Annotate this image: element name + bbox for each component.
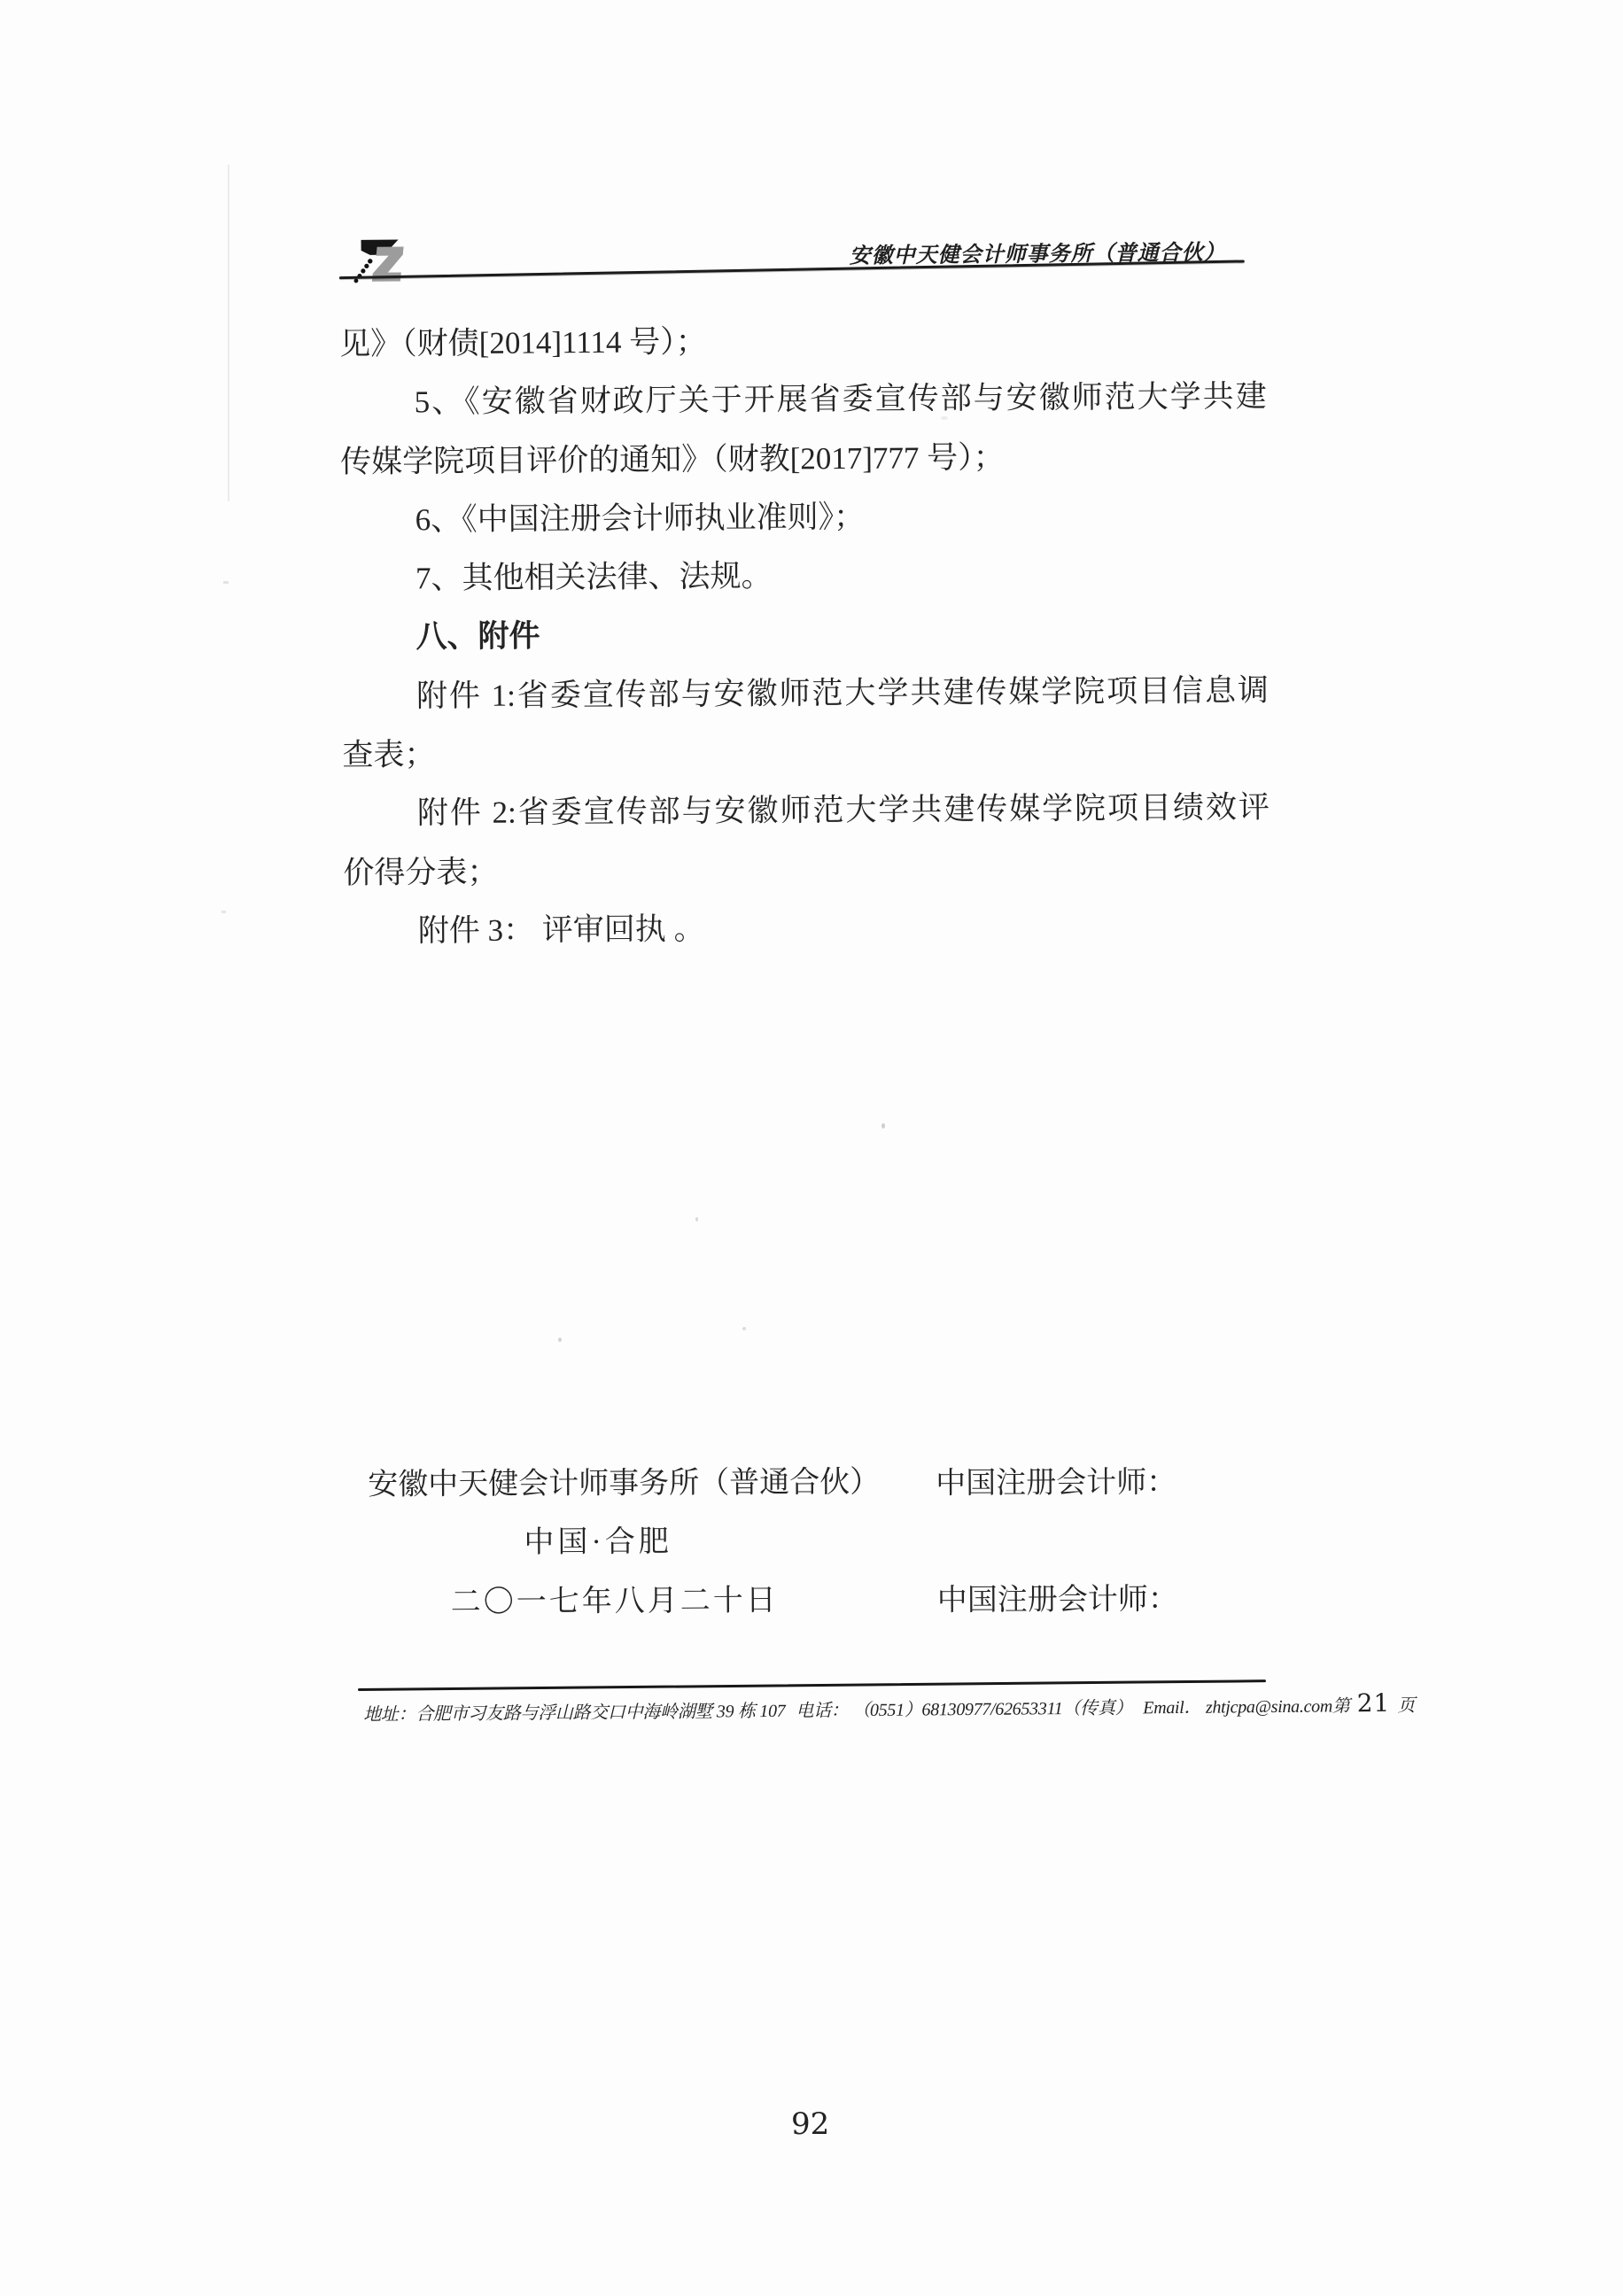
document-footer: 地址：合肥市习友路与浮山路交口中海岭湖墅 39 栋 107 电话： （0551）… xyxy=(363,1689,1267,1726)
signature-date: 二〇一七年八月二十日 xyxy=(451,1576,779,1621)
footer-divider xyxy=(358,1679,1266,1691)
body-line: 传媒学院项目评价的通知》（财教[2017]777 号）； xyxy=(340,426,1267,492)
signature-cpa-label-1: 中国注册会计师： xyxy=(936,1457,1176,1501)
footer-page-indicator: 第 21 页 xyxy=(1332,1688,1415,1718)
body-line: 5、《安徽省财政厅关于开展省委宣传部与安徽师范大学共建 xyxy=(339,368,1266,433)
body-section-heading: 八、附件 xyxy=(341,602,1268,668)
scan-artifact xyxy=(223,581,229,584)
footer-page-prefix: 第 xyxy=(1332,1691,1350,1717)
signature-block: 安徽中天健会计师事务所（普通合伙） 中国注册会计师： 中国·合肥 二〇一七年八月… xyxy=(368,1455,1254,1619)
footer-phone: 电话： （0551）68130977/62653311（传真） xyxy=(796,1693,1132,1721)
document-header: 安徽中天健会计师事务所（普通合伙） xyxy=(0,0,1623,322)
body-line: 价得分表； xyxy=(343,837,1270,903)
signature-cpa-label-2: 中国注册会计师： xyxy=(937,1574,1178,1618)
sheet-number: 92 xyxy=(791,2106,829,2142)
scan-artifact xyxy=(558,1338,562,1342)
body-line: 见》（财债[2014]1114 号）； xyxy=(339,309,1266,375)
body-line: 附件 3： 评审回执 。 xyxy=(344,896,1270,962)
scan-artifact xyxy=(221,911,226,913)
body-line: 查表； xyxy=(342,720,1269,786)
firm-logo-icon xyxy=(352,237,408,291)
body-line: 6、《中国注册会计师执业准则》； xyxy=(340,485,1267,551)
footer-email: Email． zhtjcpa@sina.com xyxy=(1143,1691,1332,1718)
body-line: 7、其他相关法律、法规。 xyxy=(341,544,1268,609)
header-divider xyxy=(339,260,1245,279)
scan-artifact xyxy=(881,1123,885,1129)
footer-address: 地址：合肥市习友路与浮山路交口中海岭湖墅 39 栋 107 xyxy=(363,1696,786,1726)
scan-artifact xyxy=(742,1327,746,1330)
footer-page-number: 21 xyxy=(1356,1688,1390,1718)
scanned-document-page: 安徽中天健会计师事务所（普通合伙） 见》（财债[2014]1114 号）； 5、… xyxy=(0,0,1623,2296)
scan-artifact xyxy=(695,1217,698,1222)
footer-page-suffix: 页 xyxy=(1397,1691,1415,1717)
body-line: 附件 1:省委宣传部与安徽师范大学共建传媒学院项目信息调 xyxy=(342,661,1269,726)
signature-location: 中国·合肥 xyxy=(524,1516,672,1561)
signature-firm-name: 安徽中天健会计师事务所（普通合伙） xyxy=(368,1457,880,1503)
document-body: 见》（财债[2014]1114 号）； 5、《安徽省财政厅关于开展省委宣传部与安… xyxy=(339,309,1270,962)
body-line: 附件 2:省委宣传部与安徽师范大学共建传媒学院项目绩效评 xyxy=(343,779,1270,844)
